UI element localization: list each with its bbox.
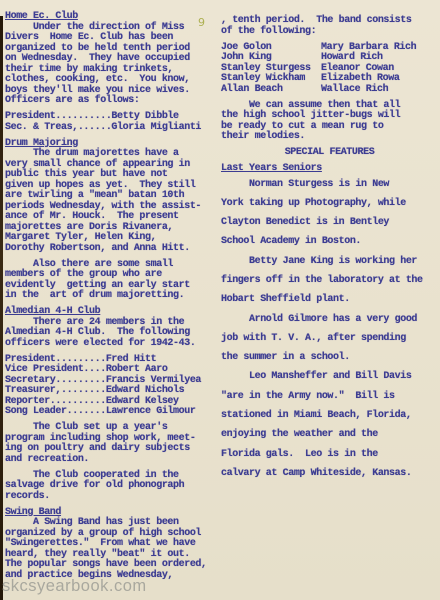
text-line: salvage drive for old phonograph [5, 481, 218, 492]
band-member-name: Howard Rich [321, 53, 383, 64]
text-line: Clayton Benedict is in Bentley [221, 213, 438, 232]
section-heading-text: Almedian 4-H Club [5, 306, 100, 317]
text-line: President..........Betty Dibble [5, 112, 218, 123]
text-line: Almedian 4-H Club. The following [5, 328, 218, 339]
text-line: "Swingerettes." From what we have [5, 539, 218, 550]
paragraph: The Club cooperated in thesalvage drive … [5, 471, 218, 503]
paragraph: Under the direction of MissDivers Home E… [5, 23, 218, 107]
text-line: calvary at Camp Whiteside, Kansas. [221, 464, 438, 483]
text-line: in the art of drum majoretting. [5, 291, 218, 302]
paragraph: The Club set up a year'sprogram includin… [5, 423, 218, 465]
section-heading-text: Drum Majoring [5, 138, 78, 149]
paragraph: We can assume then that allthe high scho… [221, 101, 438, 143]
text-line: job with T. V. A., after spending [221, 329, 438, 348]
text-line: Officers are as follows: [5, 96, 218, 107]
text-line: A Swing Band has just been [5, 518, 218, 529]
band-member-name: Stanley Wickham [221, 74, 321, 85]
section-heading: Last Years Seniors [221, 164, 438, 175]
band-member-name: Wallace Rich [321, 85, 388, 96]
text-line: of the following: [221, 27, 438, 38]
scan-edge-shadow [0, 16, 3, 600]
text-line: officers were elected for 1942-43. [5, 339, 218, 350]
centered-heading: SPECIAL FEATURES [221, 148, 438, 159]
band-member-row: Stanley WickhamElizabeth Rowa [221, 74, 438, 85]
text-line: members of the group who are [5, 270, 218, 281]
paragraph: The drum majorettes have avery small cha… [5, 149, 218, 254]
band-member-name: John King [221, 53, 321, 64]
text-line: public this year but have not [5, 170, 218, 181]
paragraph: , tenth period. The band consistsof the … [221, 16, 438, 37]
text-line: enjoying the weather and the [221, 425, 438, 444]
text-line: Leo Mansheffer and Bill Davis [221, 367, 438, 386]
scanned-page: 9 Home Ec. Club Under the direction of M… [0, 0, 440, 600]
text-line: Dorothy Robertson, and Anna Hitt. [5, 244, 218, 255]
section-heading: Almedian 4-H Club [5, 307, 218, 318]
text-line: on Wednesday. They have occupied [5, 54, 218, 65]
band-member-list: Joe GolonMary Barbara RichJohn KingHowar… [221, 43, 438, 96]
watermark: skcsyearbook.com [2, 577, 147, 596]
text-line: Arnold Gilmore has a very good [221, 310, 438, 329]
text-line: and recreation. [5, 455, 218, 466]
text-line: The popular songs have been ordered, [5, 560, 218, 571]
paragraph: There are 24 members in theAlmedian 4-H … [5, 318, 218, 350]
band-member-row: John KingHoward Rich [221, 53, 438, 64]
text-line: ance of Mr. Houck. The present [5, 212, 218, 223]
text-line: fingers off in the laboratory at the [221, 271, 438, 290]
text-line: clothes, cooking, etc. You know, [5, 75, 218, 86]
band-member-row: Allan BeachWallace Rich [221, 85, 438, 96]
section-heading-text: Swing Band [5, 507, 61, 518]
text-line: Margaret Tyler, Helen King, [5, 233, 218, 244]
text-line: ing on poultry and dairy subjects [5, 444, 218, 455]
text-line: Betty Jane King is working her [221, 252, 438, 271]
text-line: "are in the Army now." Bill is [221, 387, 438, 406]
text-line: Song Leader.......Lawrence Gilmour [5, 407, 218, 418]
text-line: records. [5, 492, 218, 503]
text-line: are twirling a "mean" batan 10th [5, 191, 218, 202]
paragraph: Norman Sturgess is in NewYork taking up … [221, 175, 438, 484]
band-member-name: Allan Beach [221, 85, 321, 96]
paragraph: A Swing Band has just beenorganized by a… [5, 518, 218, 581]
text-line: Vice President....Robert Aaro [5, 365, 218, 376]
section-heading-text: Last Years Seniors [221, 163, 322, 174]
section-heading: Home Ec. Club [5, 12, 218, 23]
text-line: Norman Sturgess is in New [221, 175, 438, 194]
text-line: Treasurer,........Edward Nichols [5, 386, 218, 397]
text-line: , tenth period. The band consists [221, 16, 438, 27]
text-line: The Club set up a year's [5, 423, 218, 434]
left-column: Home Ec. Club Under the direction of Mis… [5, 12, 218, 581]
paragraph: President..........Betty DibbleSec. & Tr… [5, 112, 218, 133]
text-line: Hobart Sheffield plant. [221, 290, 438, 309]
text-line: Florida gals. Leo is in the [221, 445, 438, 464]
text-line: stationed in Miami Beach, Florida, [221, 406, 438, 425]
text-line: The drum majorettes have a [5, 149, 218, 160]
text-line: School Academy in Boston. [221, 232, 438, 251]
text-line: the high school jitter-bugs will [221, 111, 438, 122]
paragraph: Also there are some smallmembers of the … [5, 260, 218, 302]
paragraph: President.........Fred HittVice Presiden… [5, 355, 218, 418]
section-heading-text: Home Ec. Club [5, 11, 78, 22]
text-line: the summer in a school. [221, 348, 438, 367]
text-line: their melodies. [221, 132, 438, 143]
text-line: York taking up Photography, while [221, 194, 438, 213]
right-column: , tenth period. The band consistsof the … [221, 16, 438, 483]
band-member-name: Elizabeth Rowa [321, 74, 399, 85]
text-line: Divers Home Ec. Club has been [5, 33, 218, 44]
text-line: Sec. & Treas,......Gloria Miglianti [5, 123, 218, 134]
